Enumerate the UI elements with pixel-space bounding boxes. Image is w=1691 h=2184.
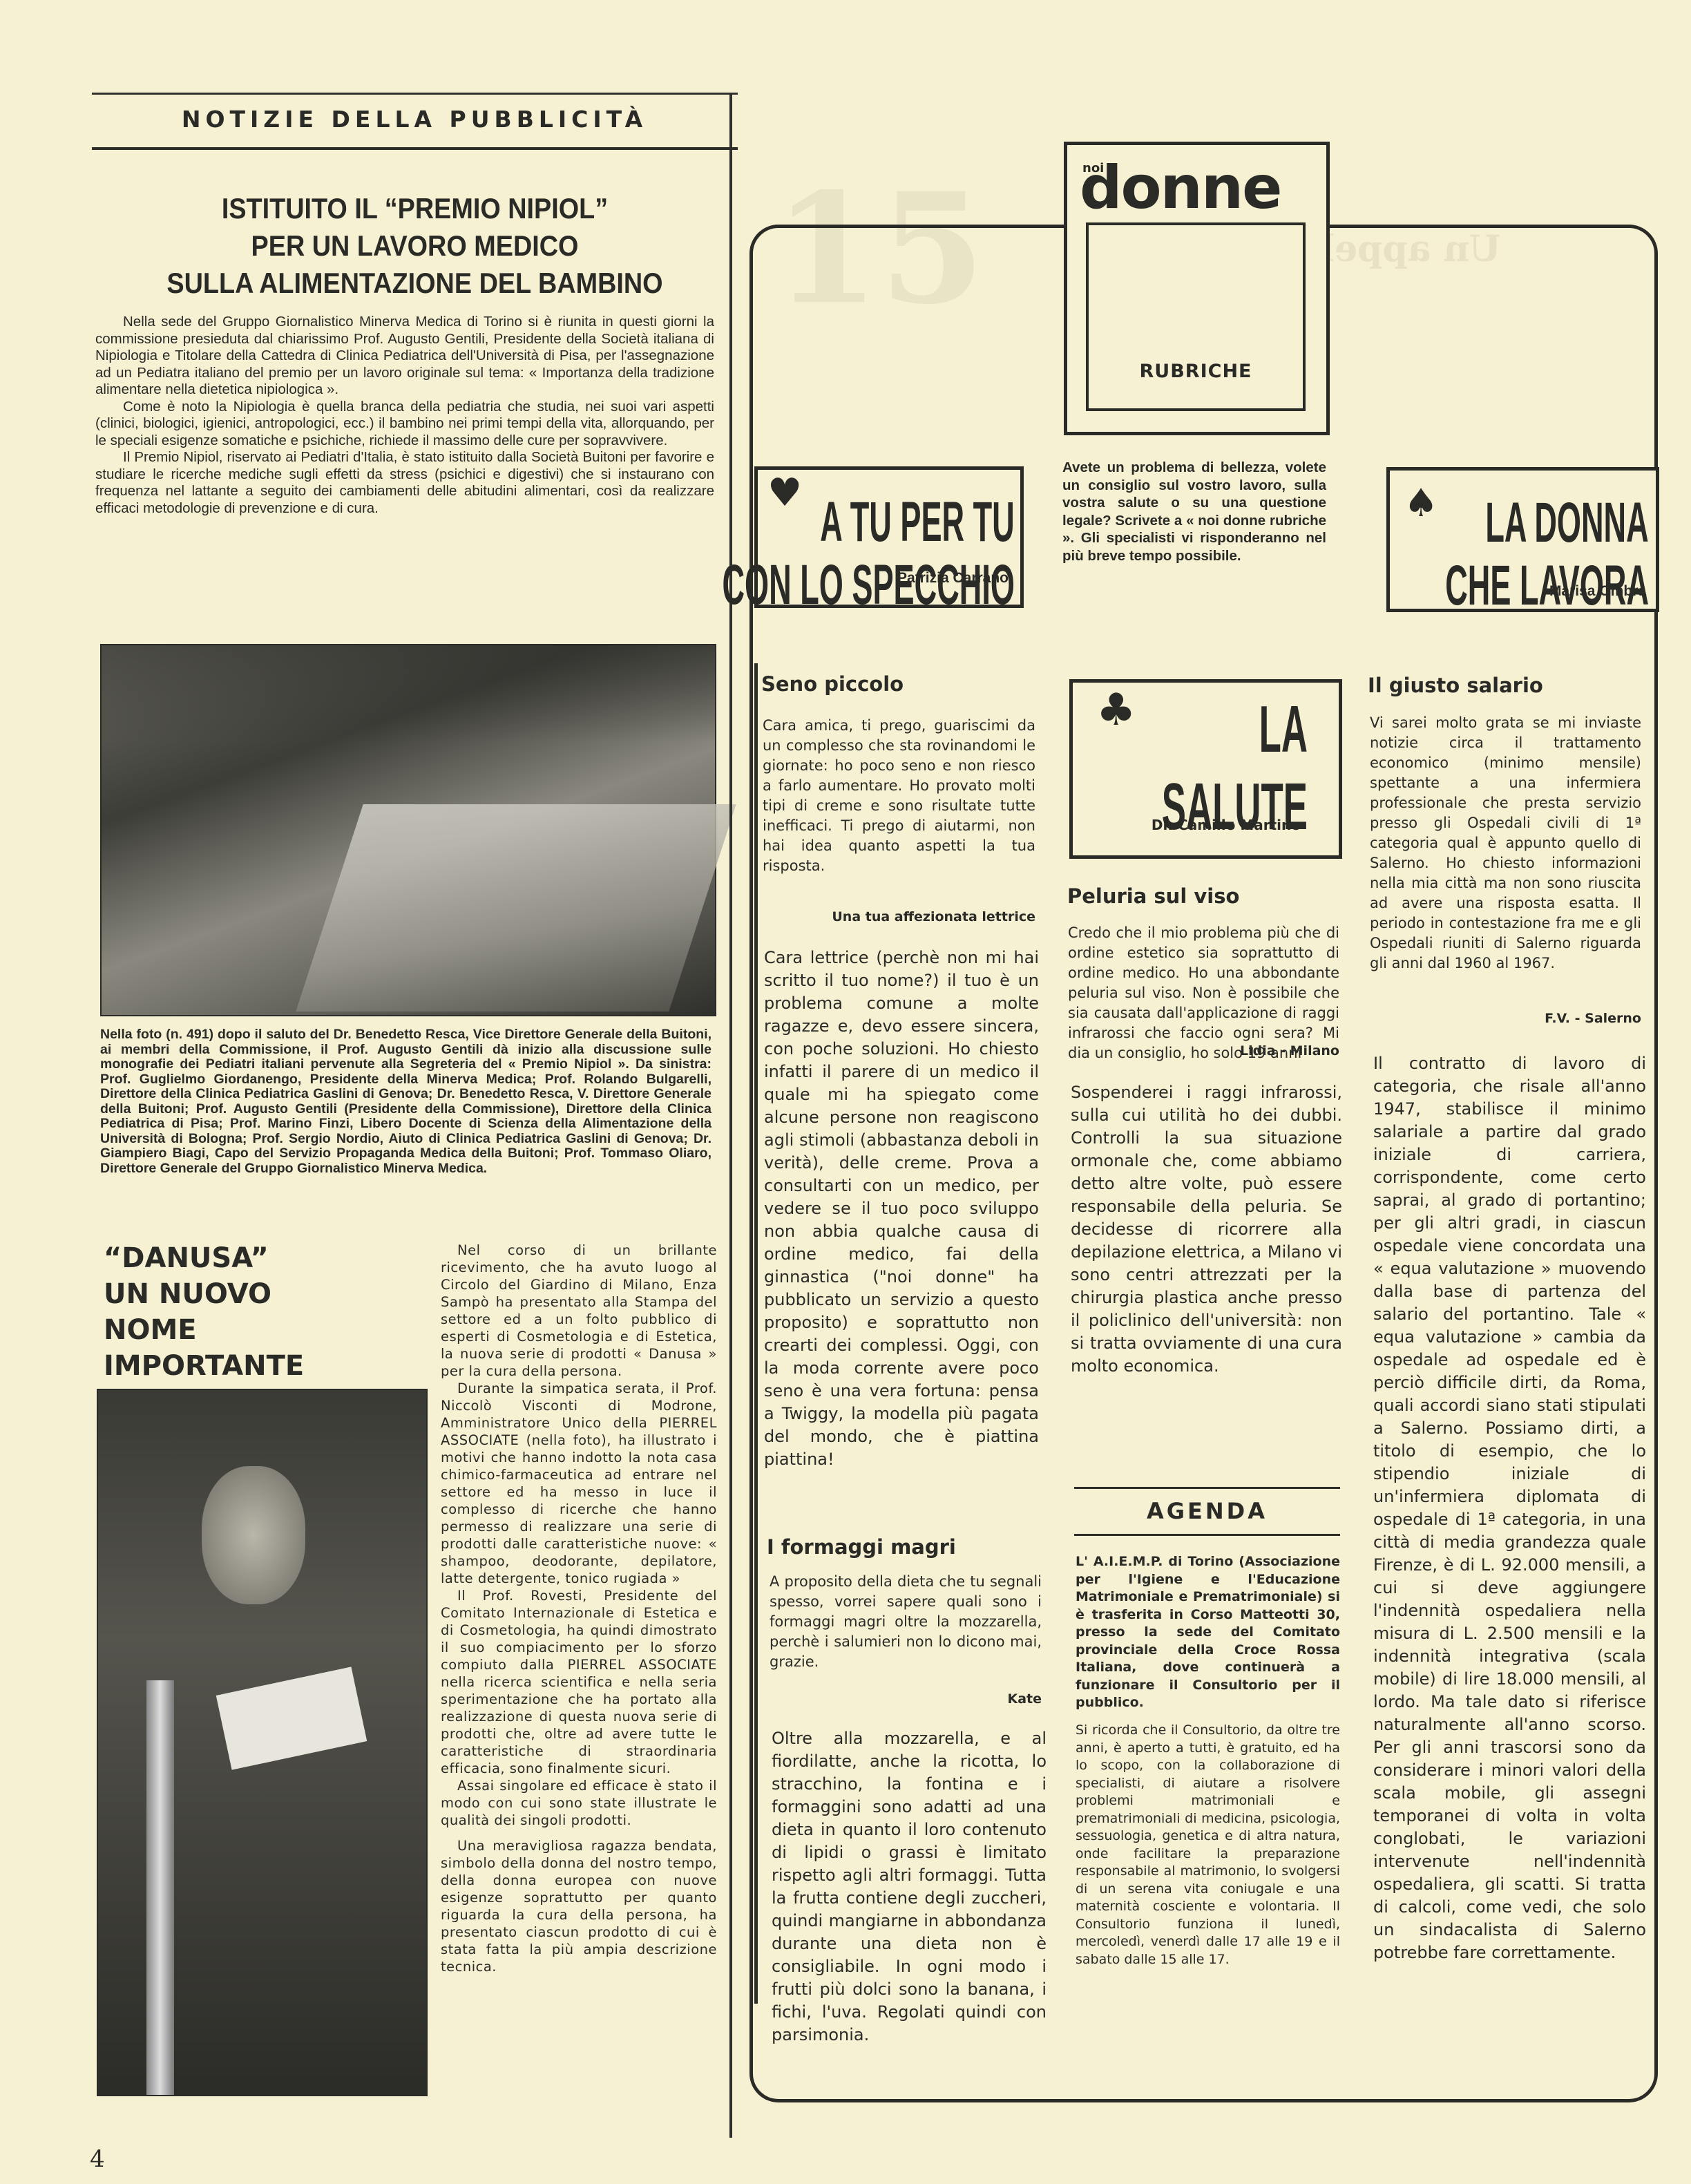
danusa-line: UN NUOVO [104, 1276, 304, 1312]
rubric-box-lavoro: ♠ LA DONNA CHE LAVORA Marisa Ombra [1386, 467, 1659, 612]
rubric-box-specchio: ♥ A TU PER TU CON LO SPECCHIO Patrizia C… [754, 466, 1024, 608]
article-body: Nella sede del Gruppo Giornalistico Mine… [95, 314, 714, 517]
photo-caption: Nella foto (n. 491) dopo il saluto del D… [100, 1027, 711, 1176]
photo-face [202, 1466, 305, 1604]
question-title: Il giusto salario [1368, 674, 1543, 697]
danusa-body: Nel corso di un brillante ricevimento, c… [441, 1242, 717, 1975]
reader-letter: Credo che il mio problema più che di ord… [1068, 923, 1339, 1063]
headline-line-1: ISTITUITO IL “PREMIO NIPIOL” [124, 190, 706, 227]
answer-text: Il contratto di lavoro di categoria, che… [1373, 1052, 1646, 1964]
rubric-title: LA [1259, 701, 1308, 759]
rubric-author-specchio: Patrizia Carrano [891, 570, 1009, 587]
headline-line-2: PER UN LAVORO MEDICO [124, 227, 706, 265]
danusa-line: NOME [104, 1312, 304, 1348]
agenda-text: Si ricorda che il Consultorio, da oltre … [1076, 1722, 1340, 1968]
article-headline: ISTITUITO IL “PREMIO NIPIOL” PER UN LAVO… [92, 190, 738, 302]
question-title: Peluria sul viso [1067, 884, 1239, 908]
letter-signature: Kate [770, 1691, 1042, 1707]
agenda-announcement: L' A.I.E.M.P. di Torino (Associazione pe… [1076, 1553, 1340, 1712]
paragraph: Nel corso di un brillante ricevimento, c… [441, 1242, 717, 1380]
paragraph: Nella sede del Gruppo Giornalistico Mine… [95, 314, 714, 399]
paragraph: Assai singolare ed efficace è stato il m… [441, 1777, 717, 1829]
danusa-line: “DANUSA” [104, 1240, 304, 1276]
agenda-title: AGENDA [1074, 1498, 1340, 1524]
section-title: NOTIZIE DELLA PUBBLICITÀ [100, 106, 729, 133]
answer-text: Oltre alla mozzarella, e al fiordilatte,… [772, 1727, 1047, 2047]
question-title: Seno piccolo [761, 672, 904, 696]
rubric-author-lavoro: Marisa Ombra [1549, 583, 1646, 600]
headline-line-3: SULLA ALIMENTAZIONE DEL BAMBINO [124, 265, 706, 302]
section-rule [92, 147, 738, 150]
letter-signature: Lidia - Milano [1068, 1043, 1339, 1058]
masthead-inner-box: RUBRICHE [1086, 222, 1306, 411]
masthead-subtitle: RUBRICHE [1089, 361, 1303, 382]
paragraph: Come è noto la Nipiologia è quella branc… [95, 399, 714, 450]
letter-signature: F.V. - Salerno [1370, 1011, 1641, 1026]
top-rule [92, 93, 738, 95]
agenda-rule-bottom [1074, 1534, 1340, 1536]
col1-bar [754, 663, 758, 2004]
answer-text: Cara lettrice (perchè non mi hai scritto… [764, 947, 1039, 1471]
paragraph: Una meravigliosa ragazza bendata, simbol… [441, 1837, 717, 1975]
photo-microphone [146, 1680, 174, 2095]
column-divider [729, 93, 732, 2138]
danusa-line: IMPORTANTE [104, 1348, 304, 1384]
paragraph: Il Prof. Rovesti, Presidente del Comitat… [441, 1587, 717, 1777]
reader-letter: A proposito della dieta che tu segnali s… [770, 1572, 1042, 1672]
speaker-photo [97, 1389, 428, 2096]
rubric-author-salute: Dr. Camillo Martino [1152, 817, 1301, 833]
agenda-rule-top [1074, 1487, 1340, 1489]
answer-text: Sospenderei i raggi infrarossi, sulla cu… [1071, 1081, 1342, 1378]
photo-table [296, 804, 736, 1012]
rubric-title: LA DONNA [1486, 500, 1649, 547]
commission-photo [100, 644, 716, 1016]
paragraph: Durante la simpatica serata, il Prof. Ni… [441, 1380, 717, 1587]
danusa-headline: “DANUSA” UN NUOVO NOME IMPORTANTE [104, 1240, 304, 1384]
photo-wall [102, 645, 715, 742]
reader-letter: Vi sarei molto grata se mi inviaste noti… [1370, 713, 1641, 974]
page-number: 4 [90, 2145, 105, 2173]
letter-signature: Una tua affezionata lettrice [763, 909, 1035, 924]
reader-letter: Cara amica, ti prego, guariscimi da un c… [763, 716, 1035, 876]
photo-paper [216, 1667, 367, 1769]
rubric-box-salute: ♣ LA SALUTE Dr. Camillo Martino [1069, 679, 1342, 859]
rubric-title: A TU PER TU [821, 499, 1015, 546]
masthead-box: noi donne RUBRICHE [1064, 142, 1330, 435]
masthead-logo: donne [1080, 153, 1281, 222]
question-title: I formaggi magri [767, 1535, 956, 1559]
